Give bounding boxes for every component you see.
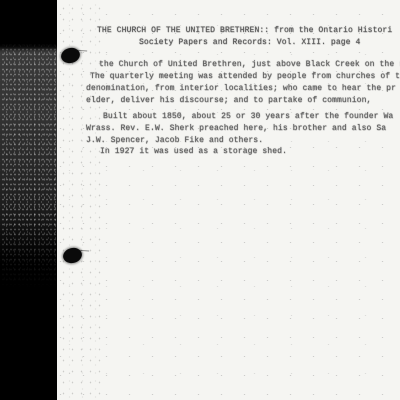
- document-title-line-1: THE CHURCH OF THE UNITED BRETHREN:: from…: [97, 26, 392, 36]
- body-text-line: denomination, from interior localities; …: [86, 84, 396, 94]
- document-title-line-2: Society Papers and Records: Vol. XIII. p…: [139, 38, 360, 48]
- body-text-line: The quarterly meeting was attended by pe…: [90, 72, 400, 82]
- scanned-document-page: THE CHURCH OF THE UNITED BRETHREN:: from…: [0, 0, 400, 400]
- body-text-line: Wrass. Rev. E.W. Sherk preached here, hi…: [86, 124, 386, 134]
- body-text-line: elder, deliver his discourse; and to par…: [86, 96, 371, 106]
- scanner-black-edge: [0, 0, 57, 400]
- body-text-line: Built about 1850, about 25 or 30 years a…: [103, 112, 393, 122]
- body-text-line: In 1927 it was used as a storage shed.: [100, 147, 287, 157]
- body-text-line: the Church of United Brethren, just abov…: [99, 60, 400, 70]
- body-text-line: J.W. Spencer, Jacob Fike and others.: [86, 136, 263, 146]
